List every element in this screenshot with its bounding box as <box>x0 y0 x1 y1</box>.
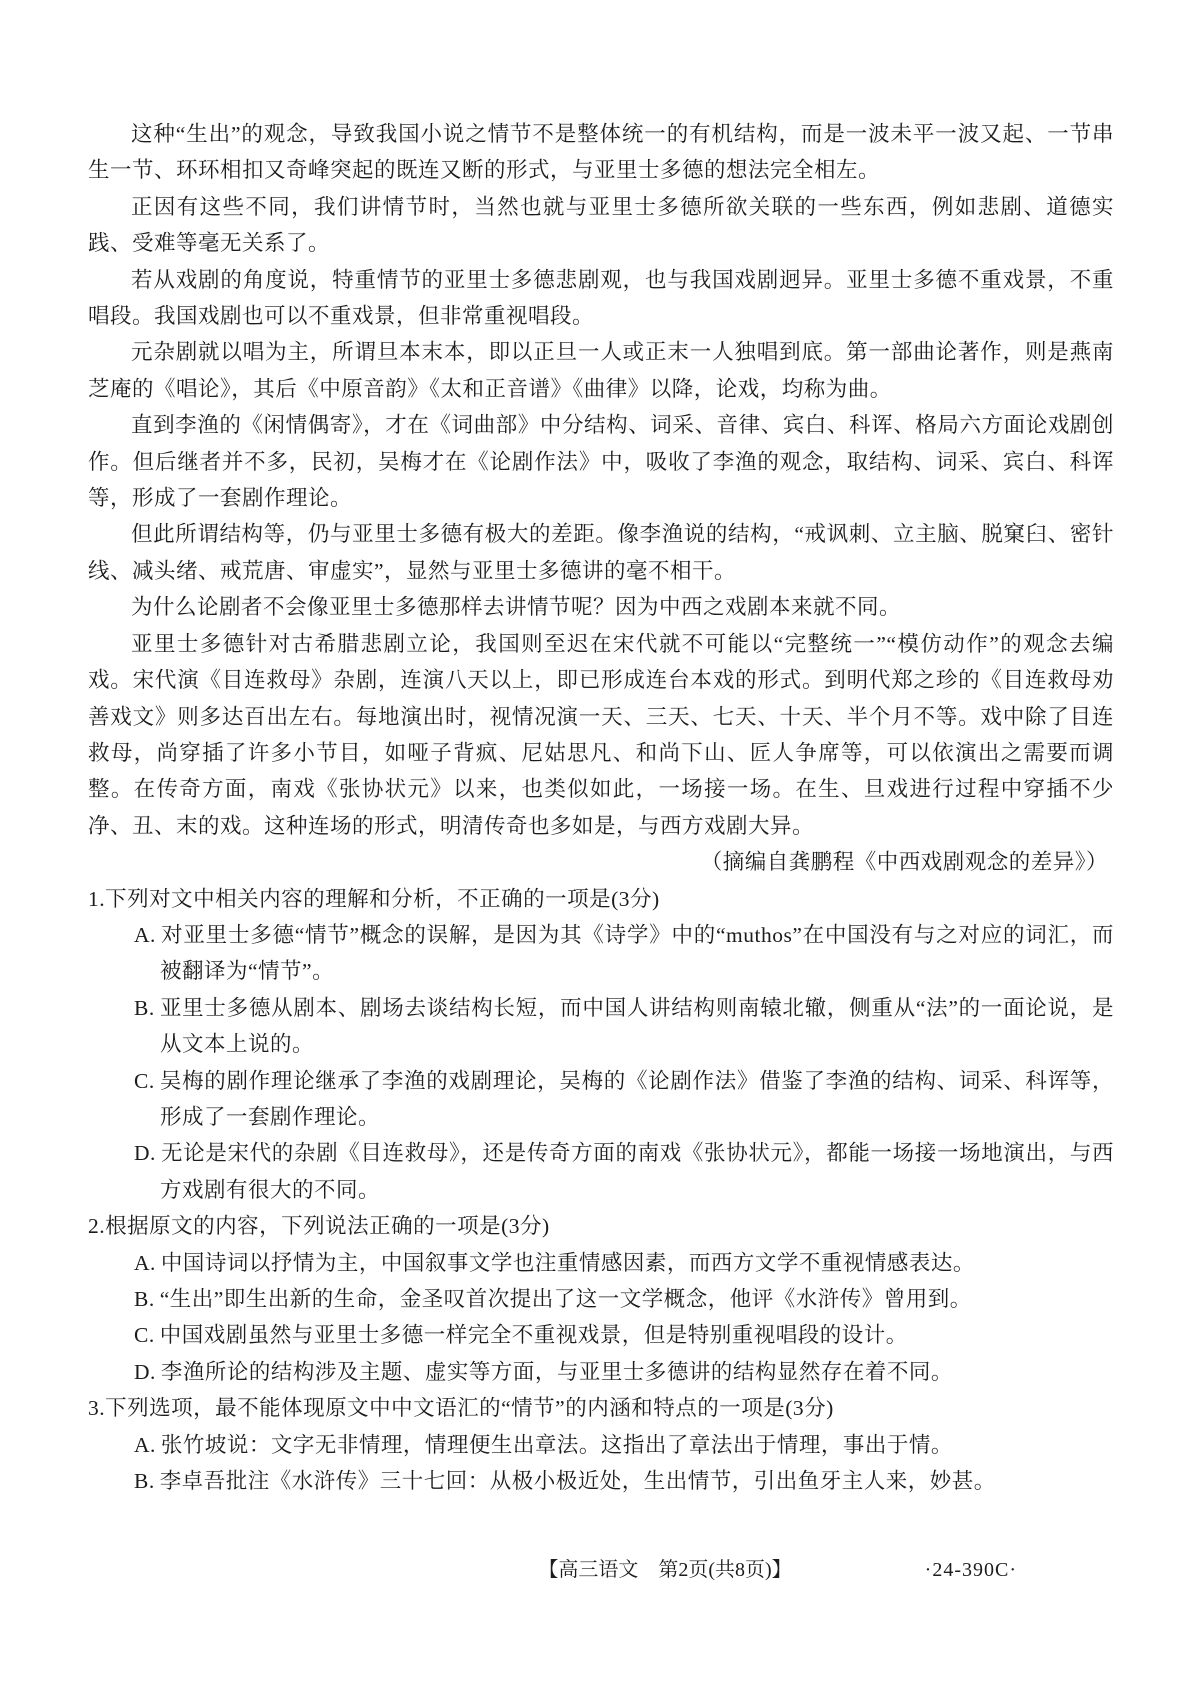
question-3-option-a: A.张竹坡说：文字无非情理，情理便生出章法。这指出了章法出于情理，事出于情。 <box>88 1427 1114 1463</box>
passage-paragraph: 亚里士多德针对古希腊悲剧立论，我国则至迟在宋代就不可能以“完整统一”“模仿动作”… <box>88 626 1114 844</box>
question-1-option-b: B.亚里士多德从剧本、剧场去谈结构长短，而中国人讲结构则南辕北辙，侧重从“法”的… <box>88 990 1114 1063</box>
question-3-stem: 3.下列选项，最不能体现原文中中文语汇的“情节”的内涵和特点的一项是(3分) <box>88 1390 1114 1426</box>
passage-paragraph: 这种“生出”的观念，导致我国小说之情节不是整体统一的有机结构，而是一波未平一波又… <box>88 116 1114 189</box>
option-text: “生出”即生出新的生命，金圣叹首次提出了这一文学概念，他评《水浒传》曾用到。 <box>160 1287 972 1311</box>
question-1-option-d: D.无论是宋代的杂剧《目连救母》，还是传奇方面的南戏《张协状元》，都能一场接一场… <box>88 1135 1114 1208</box>
option-label: C. <box>134 1323 155 1347</box>
option-label: D. <box>134 1141 156 1165</box>
question-2-stem: 2.根据原文的内容，下列说法正确的一项是(3分) <box>88 1208 1114 1244</box>
question-1-option-c: C.吴梅的剧作理论继承了李渔的戏剧理论，吴梅的《论剧作法》借鉴了李渔的结构、词采… <box>88 1063 1114 1136</box>
question-2-option-d: D.李渔所论的结构涉及主题、虚实等方面，与亚里士多德讲的结构显然存在着不同。 <box>88 1354 1114 1390</box>
passage-paragraph: 为什么论剧者不会像亚里士多德那样去讲情节呢？因为中西之戏剧本来就不同。 <box>88 589 1114 625</box>
option-label: B. <box>134 1287 155 1311</box>
question-2-option-b: B.“生出”即生出新的生命，金圣叹首次提出了这一文学概念，他评《水浒传》曾用到。 <box>88 1281 1114 1317</box>
option-label: A. <box>134 923 156 947</box>
option-text: 中国诗词以抒情为主，中国叙事文学也注重情感因素，而西方文学不重视情感表达。 <box>161 1251 975 1275</box>
passage-paragraph: 若从戏剧的角度说，特重情节的亚里士多德悲剧观，也与我国戏剧迥异。亚里士多德不重戏… <box>88 262 1114 335</box>
option-label: B. <box>134 996 155 1020</box>
exam-page: 这种“生出”的观念，导致我国小说之情节不是整体统一的有机结构，而是一波未平一波又… <box>0 0 1200 1697</box>
passage-paragraph: 正因有这些不同，我们讲情节时，当然也就与亚里士多德所欲关联的一些东西，例如悲剧、… <box>88 189 1114 262</box>
passage-paragraph: 元杂剧就以唱为主，所谓旦本末本，即以正旦一人或正末一人独唱到底。第一部曲论著作，… <box>88 334 1114 407</box>
option-text: 张竹坡说：文字无非情理，情理便生出章法。这指出了章法出于情理，事出于情。 <box>161 1433 953 1457</box>
option-label: A. <box>134 1433 156 1457</box>
option-text: 对亚里士多德“情节”概念的误解，是因为其《诗学》中的“muthos”在中国没有与… <box>160 923 1114 983</box>
passage-paragraph: 直到李渔的《闲情偶寄》，才在《词曲部》中分结构、词采、音律、宾白、科诨、格局六方… <box>88 407 1114 516</box>
question-1: 1.下列对文中相关内容的理解和分析，不正确的一项是(3分) A.对亚里士多德“情… <box>88 881 1114 1209</box>
option-text: 亚里士多德从剧本、剧场去谈结构长短，而中国人讲结构则南辕北辙，侧重从“法”的一面… <box>160 996 1114 1056</box>
option-label: C. <box>134 1069 155 1093</box>
option-label: B. <box>134 1469 155 1493</box>
page-footer: 【高三语文 第2页(共8页)】 ·24-390C· <box>0 1552 1200 1588</box>
footer-page-info: 【高三语文 第2页(共8页)】 <box>0 1552 1200 1588</box>
question-1-stem: 1.下列对文中相关内容的理解和分析，不正确的一项是(3分) <box>88 881 1114 917</box>
option-label: D. <box>134 1360 156 1384</box>
question-2-option-a: A.中国诗词以抒情为主，中国叙事文学也注重情感因素，而西方文学不重视情感表达。 <box>88 1245 1114 1281</box>
footer-doc-code: ·24-390C· <box>925 1552 1017 1588</box>
option-text: 中国戏剧虽然与亚里士多德一样完全不重视戏景，但是特别重视唱段的设计。 <box>160 1323 908 1347</box>
option-text: 吴梅的剧作理论继承了李渔的戏剧理论，吴梅的《论剧作法》借鉴了李渔的结构、词采、科… <box>160 1069 1114 1129</box>
question-3-option-b: B.李卓吾批注《水浒传》三十七回：从极小极近处，生出情节，引出鱼牙主人来，妙甚。 <box>88 1463 1114 1499</box>
question-2-option-c: C.中国戏剧虽然与亚里士多德一样完全不重视戏景，但是特别重视唱段的设计。 <box>88 1317 1114 1353</box>
option-text: 李渔所论的结构涉及主题、虚实等方面，与亚里士多德讲的结构显然存在着不同。 <box>161 1360 953 1384</box>
option-text: 无论是宋代的杂剧《目连救母》，还是传奇方面的南戏《张协状元》，都能一场接一场地演… <box>160 1141 1114 1201</box>
passage-paragraph: 但此所谓结构等，仍与亚里士多德有极大的差距。像李渔说的结构，“戒讽刺、立主脑、脱… <box>88 516 1114 589</box>
question-3: 3.下列选项，最不能体现原文中中文语汇的“情节”的内涵和特点的一项是(3分) A… <box>88 1390 1114 1499</box>
exam-content: 这种“生出”的观念，导致我国小说之情节不是整体统一的有机结构，而是一波未平一波又… <box>88 116 1114 1499</box>
question-2: 2.根据原文的内容，下列说法正确的一项是(3分) A.中国诗词以抒情为主，中国叙… <box>88 1208 1114 1390</box>
passage-attribution: （摘编自龚鹏程《中西戏剧观念的差异》） <box>88 844 1114 880</box>
question-1-option-a: A.对亚里士多德“情节”概念的误解，是因为其《诗学》中的“muthos”在中国没… <box>88 917 1114 990</box>
option-label: A. <box>134 1251 156 1275</box>
option-text: 李卓吾批注《水浒传》三十七回：从极小极近处，生出情节，引出鱼牙主人来，妙甚。 <box>160 1469 996 1493</box>
